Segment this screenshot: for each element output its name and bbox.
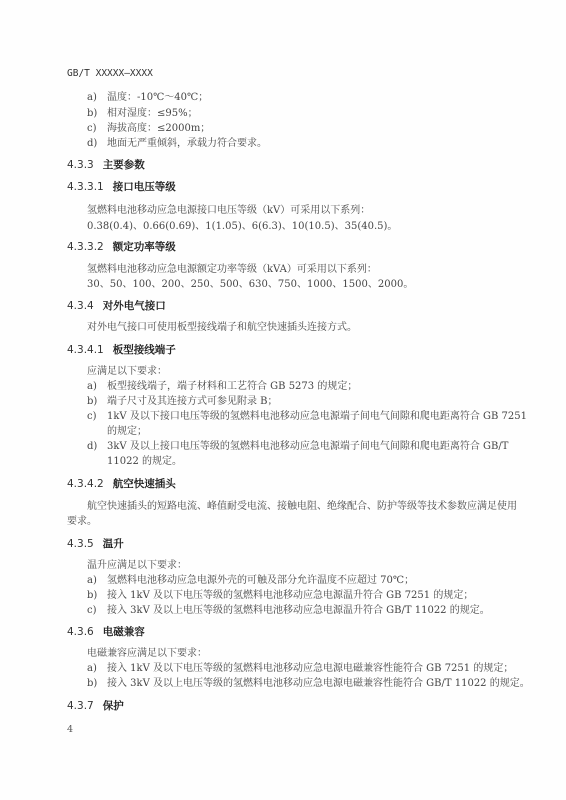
item-label: c) <box>87 604 107 618</box>
section-title: 额定功率等级 <box>113 241 176 253</box>
list-item: b)接入 1kV 及以下电压等级的氢燃料电池移动应急电源温升符合 GB 7251… <box>87 589 473 603</box>
item-text-continuation: 11022 的规定。 <box>107 455 182 469</box>
list-item: b)相对湿度：≤95%； <box>87 107 198 121</box>
item-text: 板型接线端子，端子材料和工艺符合 GB 5273 的规定； <box>107 381 357 392</box>
section-number: 4.3.5 <box>67 537 94 551</box>
section-title: 主要参数 <box>103 159 145 171</box>
item-label: b) <box>87 395 107 409</box>
list-item: b)接入 3kV 及以上电压等级的氢燃料电池移动应急电源电磁兼容性能符合 GB/… <box>87 677 530 691</box>
item-text: 温度：-10℃～40℃； <box>107 92 208 103</box>
list-item: d)地面无严重倾斜，承载力符合要求。 <box>87 137 267 151</box>
item-label: b) <box>87 107 107 121</box>
list-item: a)氢燃料电池移动应急电源外壳的可触及部分允许温度不应超过 70℃； <box>87 574 414 588</box>
item-text: 3kV 及以上接口电压等级的氢燃料电池移动应急电源端子间电气间隙和爬电距离符合 … <box>107 441 508 452</box>
section-heading-4-3-6: 4.3.6电磁兼容 <box>67 625 145 639</box>
item-text-continuation: 的规定； <box>107 425 147 439</box>
list-item: a)接入 1kV 及以下电压等级的氢燃料电池移动应急电源电磁兼容性能符合 GB … <box>87 662 513 676</box>
paragraph: 氢燃料电池移动应急电源接口电压等级（kV）可采用以下系列： <box>87 204 370 218</box>
section-heading-4-3-4-2: 4.3.4.2航空快速插头 <box>67 477 176 491</box>
section-title: 保护 <box>103 700 124 712</box>
item-text: 端子尺寸及其连接方式可参见附录 B； <box>107 396 278 407</box>
item-label: c) <box>87 410 107 424</box>
paragraph: 航空快速插头的短路电流、峰值耐受电流、接触电阻、绝缘配合、防护等级等技术参数应满… <box>87 500 517 514</box>
item-label: c) <box>87 122 107 136</box>
section-title: 航空快速插头 <box>113 478 176 490</box>
list-item: a)板型接线端子，端子材料和工艺符合 GB 5273 的规定； <box>87 380 357 394</box>
paragraph: 氢燃料电池移动应急电源额定功率等级（kVA）可采用以下系列： <box>87 263 377 277</box>
paragraph: 应满足以下要求： <box>87 365 167 379</box>
section-heading-4-3-3: 4.3.3主要参数 <box>67 158 145 172</box>
item-label: b) <box>87 677 107 691</box>
paragraph: 温升应满足以下要求： <box>87 559 187 573</box>
section-number: 4.3.3 <box>67 158 94 172</box>
item-label: a) <box>87 662 107 676</box>
paragraph-continuation: 要求。 <box>67 515 97 529</box>
item-text: 接入 1kV 及以下电压等级的氢燃料电池移动应急电源温升符合 GB 7251 的… <box>107 590 473 601</box>
power-series: 30、50、100、200、250、500、630、750、1000、1500、… <box>87 278 413 292</box>
list-item: b)端子尺寸及其连接方式可参见附录 B； <box>87 395 278 409</box>
section-heading-4-3-4: 4.3.4对外电气接口 <box>67 299 166 313</box>
item-text: 接入 1kV 及以下电压等级的氢燃料电池移动应急电源电磁兼容性能符合 GB 72… <box>107 663 513 674</box>
section-title: 对外电气接口 <box>103 300 166 312</box>
voltage-series: 0.38(0.4)、0.66(0.69)、1(1.05)、6(6.3)、10(1… <box>87 220 397 234</box>
section-number: 4.3.7 <box>67 699 94 713</box>
list-item: a)温度：-10℃～40℃； <box>87 91 208 105</box>
section-number: 4.3.4.1 <box>67 343 104 357</box>
item-label: a) <box>87 380 107 394</box>
item-text: 接入 3kV 及以上电压等级的氢燃料电池移动应急电源电磁兼容性能符合 GB/T … <box>107 678 530 689</box>
item-text: 地面无严重倾斜，承载力符合要求。 <box>107 138 267 149</box>
section-number: 4.3.6 <box>67 625 94 639</box>
section-title: 电磁兼容 <box>103 626 145 638</box>
item-text: 相对湿度：≤95%； <box>107 108 198 119</box>
list-item: c)接入 3kV 及以上电压等级的氢燃料电池移动应急电源温升符合 GB/T 11… <box>87 604 490 618</box>
item-label: d) <box>87 137 107 151</box>
section-heading-4-3-5: 4.3.5温升 <box>67 537 124 551</box>
item-text: 氢燃料电池移动应急电源外壳的可触及部分允许温度不应超过 70℃； <box>107 575 414 586</box>
item-label: a) <box>87 574 107 588</box>
page-number: 4 <box>67 723 73 737</box>
list-item: c)1kV 及以下接口电压等级的氢燃料电池移动应急电源端子间电气间隙和爬电距离符… <box>87 410 527 424</box>
section-heading-4-3-3-2: 4.3.3.2额定功率等级 <box>67 240 176 254</box>
section-heading-4-3-7: 4.3.7保护 <box>67 699 124 713</box>
paragraph: 电磁兼容应满足以下要求： <box>87 647 207 661</box>
list-item: c)海拔高度：≤2000m； <box>87 122 210 136</box>
section-title: 板型接线端子 <box>113 344 176 356</box>
item-text: 海拔高度：≤2000m； <box>107 123 210 134</box>
item-text: 1kV 及以下接口电压等级的氢燃料电池移动应急电源端子间电气间隙和爬电距离符合 … <box>107 411 527 422</box>
section-number: 4.3.3.1 <box>67 180 104 194</box>
item-label: d) <box>87 440 107 454</box>
section-title: 温升 <box>103 538 124 550</box>
section-number: 4.3.4.2 <box>67 477 104 491</box>
paragraph: 对外电气接口可使用板型接线端子和航空快速插头连接方式。 <box>87 321 357 335</box>
section-title: 接口电压等级 <box>113 181 176 193</box>
item-label: a) <box>87 91 107 105</box>
item-label: b) <box>87 589 107 603</box>
section-number: 4.3.3.2 <box>67 240 104 254</box>
section-number: 4.3.4 <box>67 299 94 313</box>
item-text: 接入 3kV 及以上电压等级的氢燃料电池移动应急电源温升符合 GB/T 1102… <box>107 605 490 616</box>
section-heading-4-3-4-1: 4.3.4.1板型接线端子 <box>67 343 176 357</box>
list-item: d)3kV 及以上接口电压等级的氢燃料电池移动应急电源端子间电气间隙和爬电距离符… <box>87 440 508 454</box>
section-heading-4-3-3-1: 4.3.3.1接口电压等级 <box>67 180 176 194</box>
document-page: GB/T XXXXX—XXXX a)温度：-10℃～40℃； b)相对湿度：≤9… <box>0 0 566 800</box>
standard-code-header: GB/T XXXXX—XXXX <box>67 67 153 81</box>
